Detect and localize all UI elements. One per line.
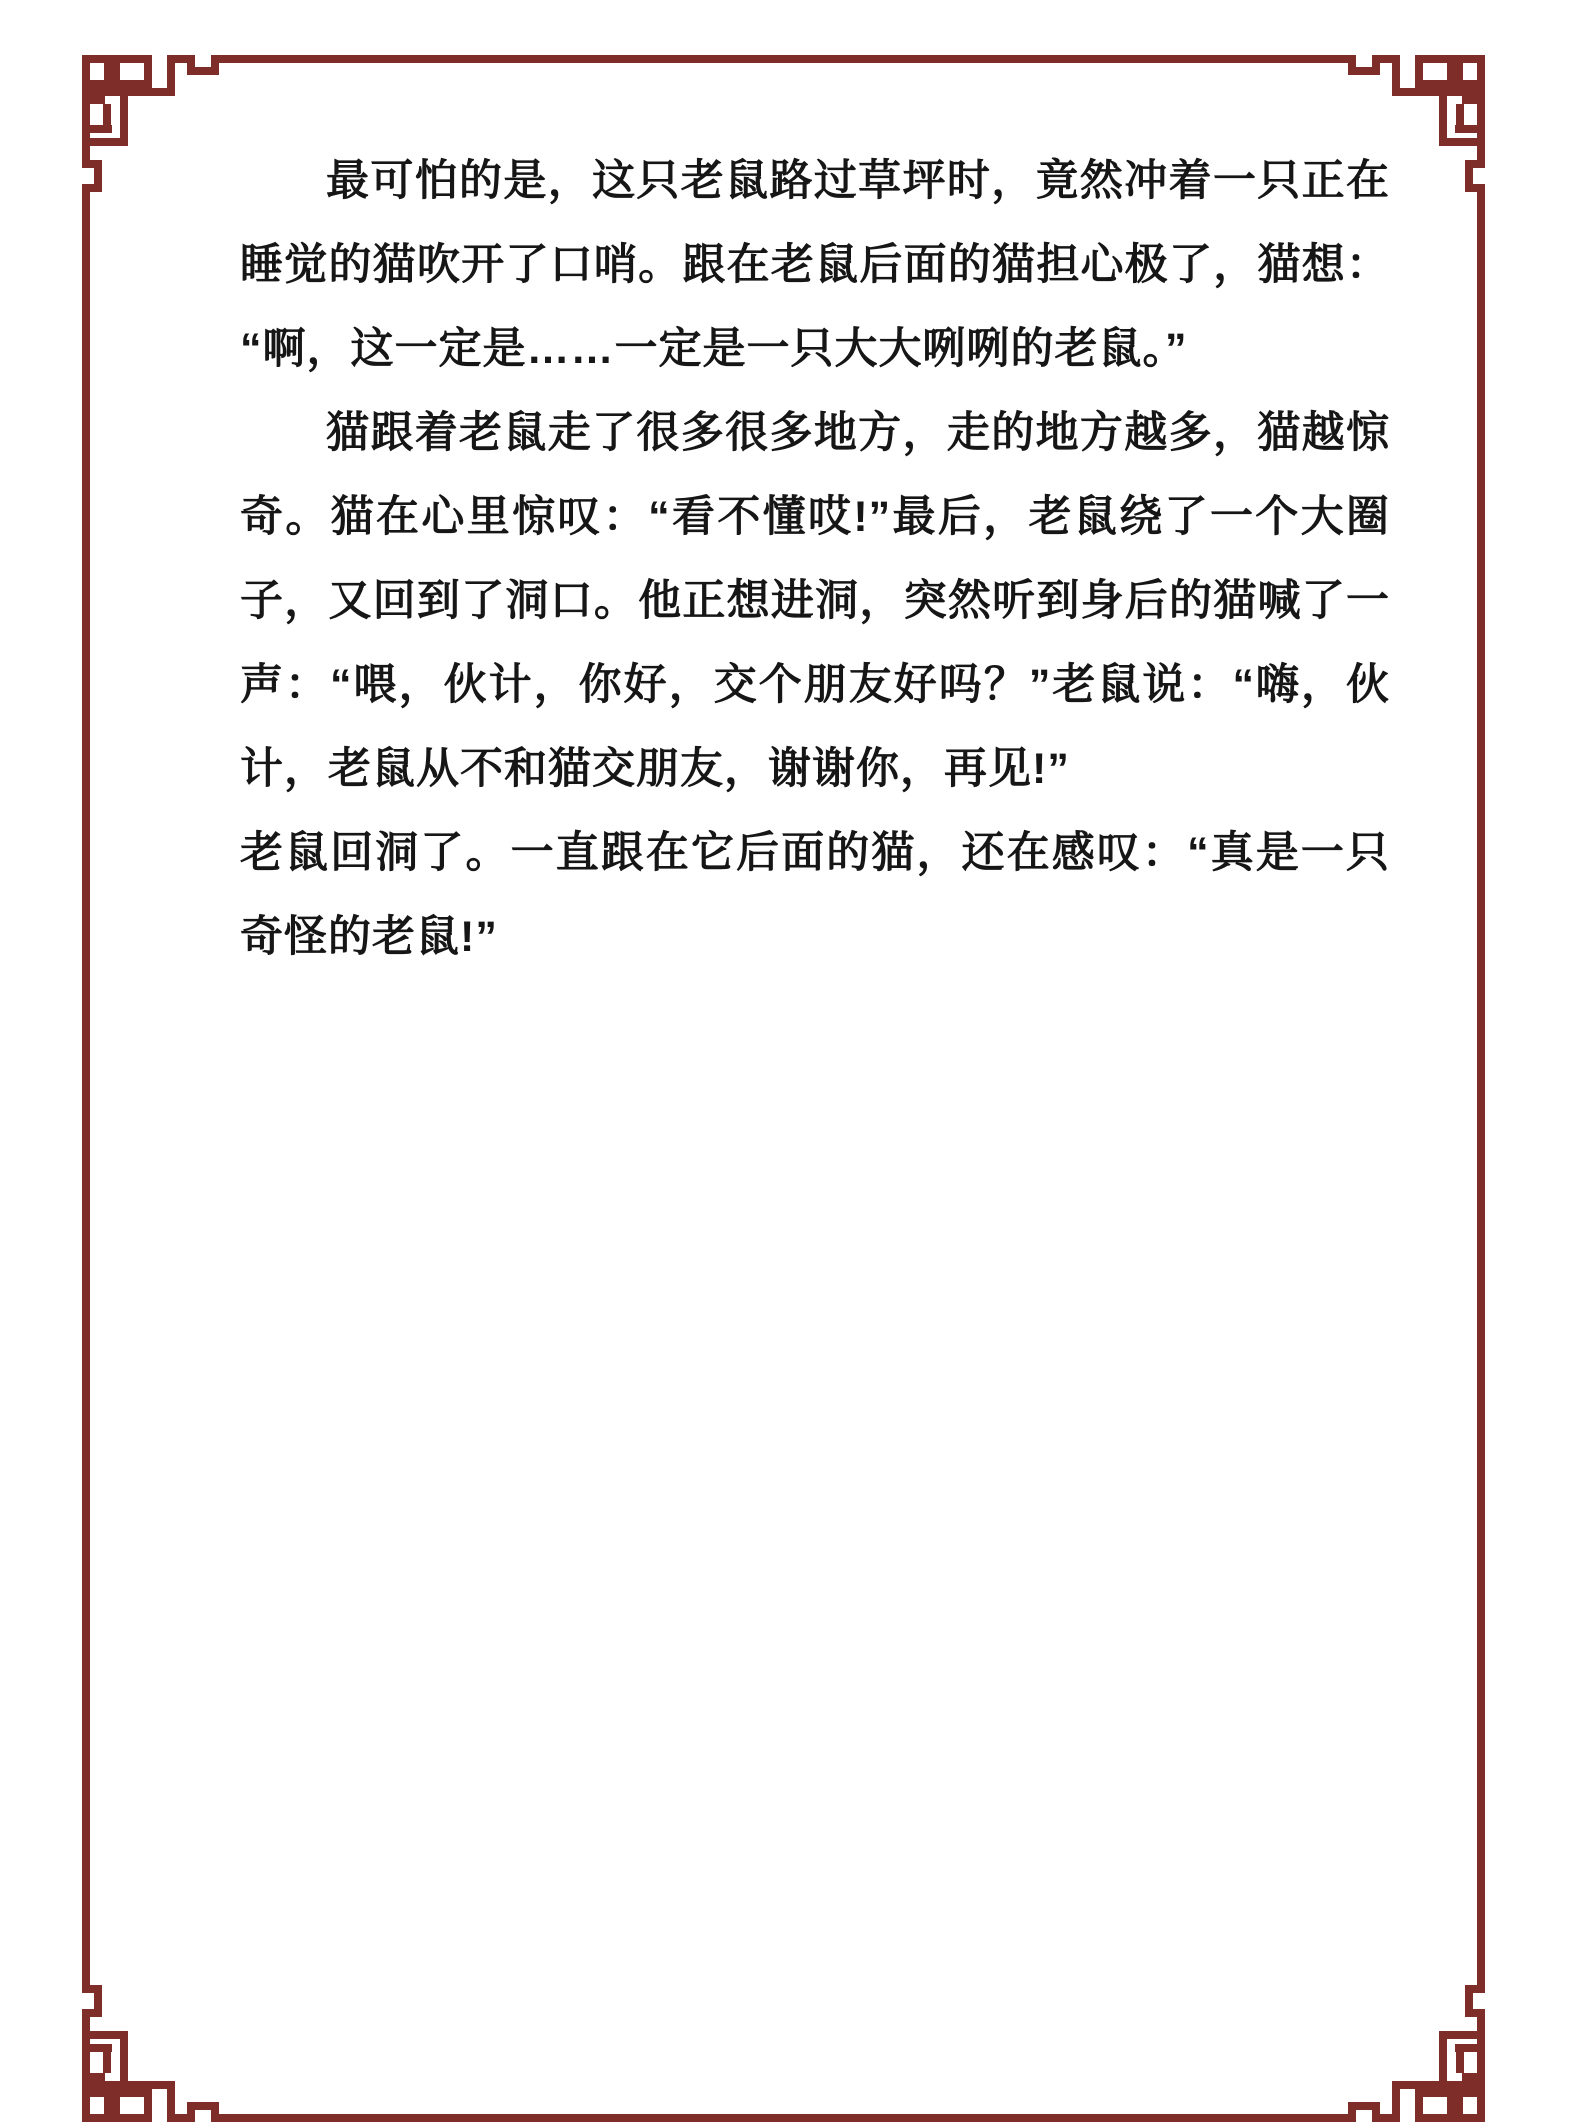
frame-line-top (219, 55, 1348, 63)
corner-ornament-bottom-left (82, 1985, 219, 2122)
frame-line-bottom (219, 2114, 1348, 2122)
frame-line-left (82, 192, 90, 1985)
corner-ornament-top-left (82, 55, 219, 192)
corner-ornament-bottom-right (1348, 1985, 1485, 2122)
document-page: 最可怕的是，这只老鼠路过草坪时，竟然冲着一只正在睡觉的猫吹开了口哨。跟在老鼠后面… (0, 0, 1580, 2128)
story-paragraph: 最可怕的是，这只老鼠路过草坪时，竟然冲着一只正在睡觉的猫吹开了口哨。跟在老鼠后面… (240, 139, 1390, 391)
story-paragraph: 老鼠回洞了。一直跟在它后面的猫，还在感叹：“真是一只奇怪的老鼠!” (240, 811, 1390, 979)
story-paragraph: 猫跟着老鼠走了很多很多地方，走的地方越多，猫越惊奇。猫在心里惊叹：“看不懂哎!”… (240, 391, 1390, 811)
story-text-block: 最可怕的是，这只老鼠路过草坪时，竟然冲着一只正在睡觉的猫吹开了口哨。跟在老鼠后面… (240, 139, 1390, 979)
frame-line-right (1477, 192, 1485, 1985)
